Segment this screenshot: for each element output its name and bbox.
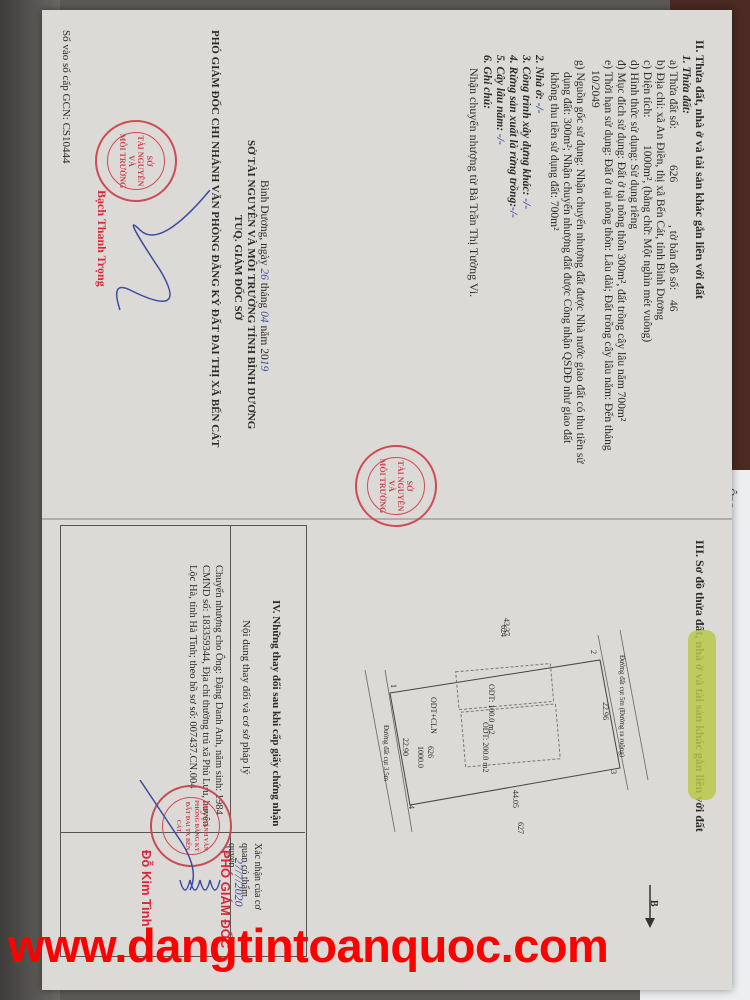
parcel-area: 1000.0 (414, 746, 427, 768)
neighbor-627: 627 (514, 822, 527, 834)
sign-place: Bình Dương, ngày (258, 180, 270, 265)
watermark: www.dangtintoanquoc.com (8, 918, 608, 973)
point-1: 1 (387, 684, 400, 688)
usage-term: e) Thời hạn sử dụng: Đất ở tại nông thôn… (601, 60, 614, 451)
section-2-sub-1: 1. Thửa đất: (679, 55, 692, 114)
section-4-title: IV. Những thay đổi sau khi cấp giấy chứn… (269, 600, 282, 826)
parcel-number-label: a) Thửa đất số: (666, 60, 679, 129)
area-value: 1000m², (bằng chữ: Một nghìn mét vuông) (640, 145, 653, 342)
section-2-title: II. Thửa đất, nhà ở và tài sản khác gắn … (693, 40, 706, 299)
map-sheet-label: , tờ bản đồ số: (666, 225, 679, 290)
stamp-1-line-2: TÀI NGUYÊN VÀ (127, 133, 145, 189)
sign-month-label: tháng (258, 283, 270, 309)
point-2: 2 (587, 650, 600, 654)
stamp-2-line-1: SỞ (405, 481, 414, 492)
usage-origin-cont-1: dụng đất: 300m²; Nhận chuyển nhượng đất … (560, 72, 573, 443)
forest-dash: -/- (507, 207, 519, 218)
house-label: 2. Nhà ở: -/- (532, 55, 545, 114)
parcel-number: 626 (666, 165, 679, 182)
usage-purpose: đ) Mục đích sử dụng: Đất ở tại nông thôn… (614, 60, 627, 421)
area-label: c) Diện tích: (640, 60, 653, 117)
sign-date: Bình Dương, ngày 26 tháng 04 năm 2019 (257, 180, 270, 371)
confirm-signature (120, 780, 240, 930)
sign-org: SỞ TÀI NGUYÊN VÀ MÔI TRƯỜNG TỈNH BÌNH DƯ… (244, 140, 257, 429)
usage-origin-cont-2: không thu tiền sử dụng đất: 700m² (547, 72, 560, 231)
other-construction-label: 3. Công trình xây dựng khác: -/- (519, 55, 532, 209)
col-content-header: Nội dung thay đổi và cơ sở pháp lý (239, 620, 252, 775)
perennial-text: 5. Cây lâu năm: (494, 55, 506, 131)
zone-2-label: ODT: 200.0 m2 (479, 722, 492, 773)
sign-month: 04 (258, 311, 270, 323)
usage-term-cont: 10/2049 (588, 70, 601, 108)
forest-label: 4. Rừng sản xuất là rừng trồng:-/- (506, 55, 519, 218)
road-1-label: Đường đất cụt 5m (Đường ra ruộng) (615, 655, 628, 757)
notes-content: Nhận chuyển nhượng từ Bà Trần Thị Tường … (467, 68, 480, 297)
map-sheet-number: 46 (666, 300, 679, 312)
registry-number: Số vào sổ cấp GCN: CS10444 (59, 30, 72, 164)
change-entry-line-3: Lộc Hà, tỉnh Hà Tĩnh; theo hồ sơ số: 007… (186, 565, 199, 789)
sign-day: 26 (258, 268, 270, 280)
neighbor-624: 624 (497, 625, 510, 637)
stamp-2-line-2: TÀI NGUYÊN VÀ (387, 458, 405, 514)
point-3: 3 (607, 770, 620, 774)
stamp-2-line-3: MÔI TRƯỜNG (378, 459, 387, 513)
usage-origin: g) Nguồn gốc sử dụng: Nhận chuyển nhượng… (573, 60, 586, 464)
house-label-text: 2. Nhà ở: (533, 55, 545, 100)
sign-tuq: TUQ. GIÁM ĐỐC SỞ (231, 215, 244, 320)
point-4: 4 (405, 805, 418, 809)
parcel-sketch (350, 600, 650, 860)
edge-3-4: 44.05 (509, 790, 522, 808)
notes-label: 6. Ghi chú: (480, 55, 493, 109)
change-entry-line-1: Chuyển nhượng cho Ông: Đặng Danh Anh, nă… (212, 565, 225, 815)
address: b) Địa chỉ: xã An Điền, thị xã Bến Cát, … (653, 60, 666, 320)
forest-text: 4. Rừng sản xuất là rừng trồng: (507, 55, 519, 207)
stamp-1-line-3: MÔI TRƯỜNG (118, 134, 127, 188)
edge-4-1: 22.90 (399, 738, 412, 756)
north-label: B (647, 900, 660, 907)
official-stamp-2: SỞ TÀI NGUYÊN VÀ MÔI TRƯỜNG (355, 445, 437, 527)
perennial-dash: -/- (494, 134, 506, 145)
usage-form: d) Hình thức sử dụng: Sử dụng riêng (627, 60, 640, 229)
other-construction-text: 3. Công trình xây dựng khác: (520, 55, 532, 195)
sign-year: 19 (258, 360, 270, 372)
stamp-1-line-1: SỞ (145, 156, 154, 167)
house-dash: -/- (533, 103, 545, 114)
signature-scribble (100, 190, 220, 330)
sign-year-label: năm 20 (258, 326, 270, 360)
road-2-label: Đường đất cụt 3.5m (379, 725, 392, 781)
perennial-label: 5. Cây lâu năm: -/- (493, 55, 506, 145)
edge-2-3: 22.96 (599, 702, 612, 720)
highlighter-pen (688, 630, 716, 800)
parcel-landuse: ODT+CLN (427, 697, 440, 734)
other-construction-dash: -/- (520, 198, 532, 209)
